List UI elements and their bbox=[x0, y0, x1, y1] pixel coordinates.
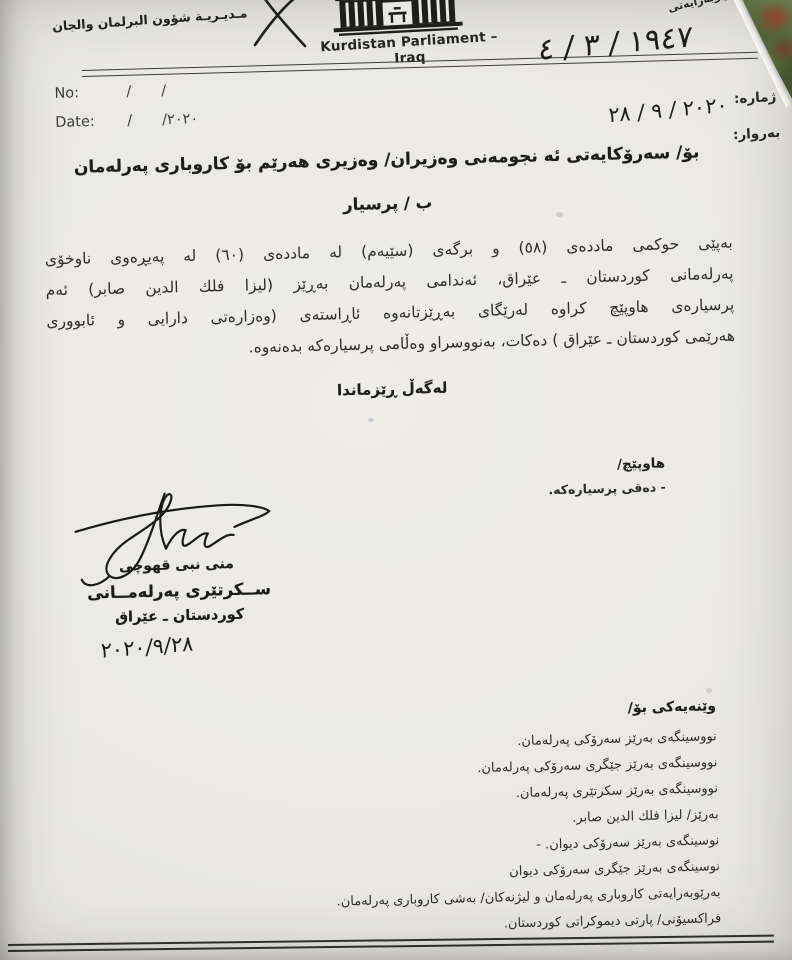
scanned-letter-photo: مـديـريـة شؤون البرلمان والجان Kurdistan… bbox=[0, 0, 792, 960]
date-value: /٢٠٢٠ bbox=[162, 111, 198, 128]
letter-content: بۆ/ سەرۆکایەتی ئە نجومەنی وەزیران/ وەزیر… bbox=[30, 131, 762, 958]
signer-title-line2: کوردستان ـ عێراق bbox=[77, 606, 283, 627]
cc-list: نووسینگەی بەرێز سەرۆکی پەرلەمان. نووسینگ… bbox=[157, 724, 722, 946]
attachment-item: - دەقی پرسیارەکە. bbox=[548, 479, 666, 497]
body-paragraph: بەپێی حوکمی ماددەی (٥٨) و برگەی (سێیەم) … bbox=[45, 228, 736, 369]
signature-date-handwritten: ٢٠٢٠/٩/٢٨ bbox=[100, 631, 193, 662]
salutation: لەگەڵ ڕێزماندا bbox=[36, 371, 748, 406]
signature bbox=[67, 485, 289, 592]
addressee-line: بۆ/ سەرۆکایەتی ئە نجومەنی وەزیران/ وەزیر… bbox=[30, 141, 742, 178]
scan-speck bbox=[556, 212, 563, 217]
no-date-block: No:// Date://٢٠٢٠ bbox=[54, 82, 198, 144]
handwritten-date: ٢٠٢٠ / ٩ / ٢٨ bbox=[608, 93, 727, 128]
date-slash-1: / bbox=[127, 113, 132, 129]
department-title-arabic: مـديـريـة شؤون البرلمان والجان bbox=[52, 5, 248, 34]
no-slash-1: / bbox=[126, 84, 131, 100]
scan-speck bbox=[368, 418, 374, 422]
no-label: No: bbox=[54, 85, 102, 102]
scan-speck bbox=[706, 688, 712, 693]
number-label-kurdish: ژماره: bbox=[733, 89, 776, 107]
no-row: No:// bbox=[54, 82, 197, 102]
attachment-label: هاوپێچ/ bbox=[617, 455, 665, 472]
cc-heading: وێنەیەکی بۆ/ bbox=[628, 698, 717, 716]
handwritten-x-mark bbox=[243, 0, 317, 49]
date-label: Date: bbox=[55, 114, 103, 131]
subject-line: ب / پرسیار bbox=[32, 185, 744, 221]
no-slash-2: / bbox=[161, 83, 166, 99]
cut-off-top-text: بەرێوبەرایەتی bbox=[666, 0, 742, 15]
date-row: Date://٢٠٢٠ bbox=[55, 111, 198, 131]
